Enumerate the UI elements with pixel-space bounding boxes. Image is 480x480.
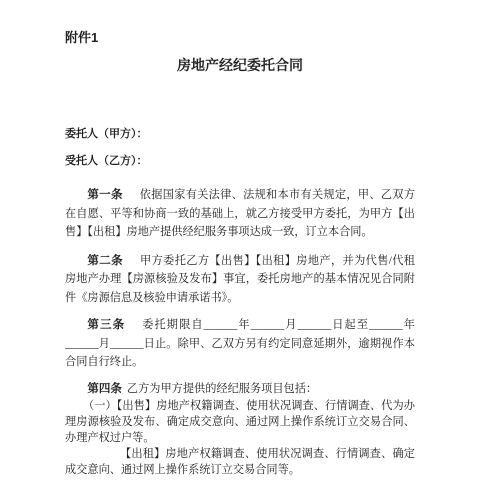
party-a-line: 委托人（甲方）： <box>65 127 415 141</box>
article-4: 第四条乙方为甲方提供的经纪服务项目包括： <box>65 380 415 399</box>
article-4-intro: 乙方为甲方提供的经纪服务项目包括： <box>127 383 317 395</box>
attachment-label: 附件1 <box>65 30 415 45</box>
party-b-line: 受托人（乙方）： <box>65 154 415 168</box>
article-2: 第二条甲方委托乙方【出售】【出租】房地产，并为代售/代租房地产办理【房源核验及发… <box>65 252 415 308</box>
article-4-item-sale: （一）【出售】房地产权籍调查、使用状况调查、行情调查、代为办理房源核验及发布、确… <box>65 398 415 446</box>
article-1-heading: 第一条 <box>87 189 122 201</box>
article-3-heading: 第三条 <box>87 319 125 331</box>
article-3: 第三条委托期限自______年______月______日起至______年__… <box>65 316 415 372</box>
page-content: 附件1 房地产经纪委托合同 委托人（甲方）： 受托人（乙方）： 第一条依据国家有… <box>0 0 480 478</box>
article-1: 第一条依据国家有关法律、法规和本市有关规定，甲、乙双方在自愿、平等和协商一致的基… <box>65 186 415 242</box>
article-2-heading: 第二条 <box>87 255 123 267</box>
article-4-heading: 第四条 <box>87 383 122 395</box>
document-title: 房地产经纪委托合同 <box>65 57 415 73</box>
article-4-item-rent: 【出租】房地产权籍调查、使用状况调查、行情调查、确定成交意向、通过网上操作系统订… <box>65 446 415 478</box>
contract-page: 附件1 房地产经纪委托合同 委托人（甲方）： 受托人（乙方）： 第一条依据国家有… <box>0 0 480 480</box>
